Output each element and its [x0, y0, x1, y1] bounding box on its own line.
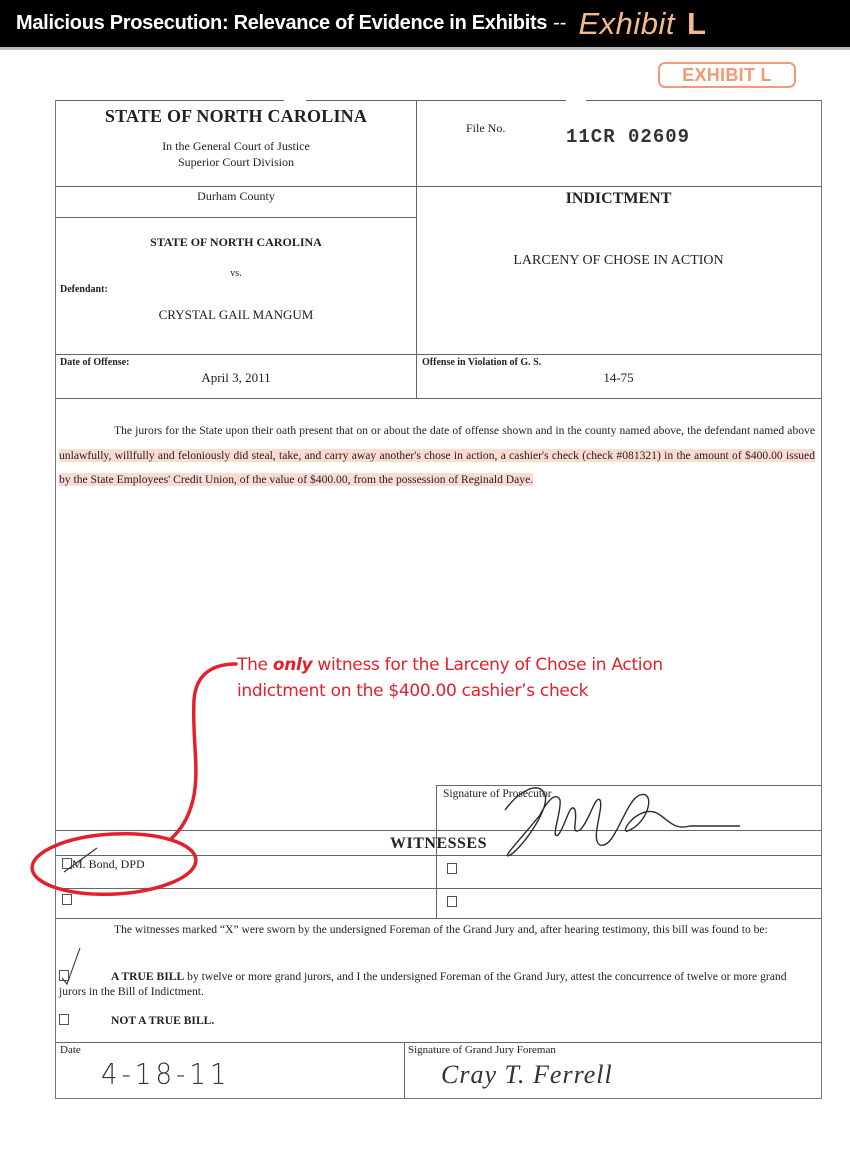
charge: LARCENY OF CHOSE IN ACTION [416, 253, 821, 269]
handwritten-date: 4-18-11 [101, 1059, 230, 1092]
indictment-body: The jurors for the State upon their oath… [56, 419, 818, 493]
not-true-bill-option[interactable]: NOT A TRUE BILL. [59, 1014, 214, 1027]
witness-entry-2[interactable] [62, 891, 72, 909]
annotation-emphasis: only [273, 655, 313, 675]
offense-date-value: April 3, 2011 [56, 370, 416, 386]
witness-checkbox[interactable] [447, 896, 457, 907]
foreman-signature: Cray T. Ferrell [441, 1060, 613, 1090]
divider [56, 186, 821, 187]
prosecutor-signature-label: Signature of Prosecutor [443, 788, 552, 800]
plaintiff: STATE OF NORTH CAROLINA [56, 235, 416, 250]
witness-entry-4[interactable] [447, 893, 457, 911]
defendant-name: CRYSTAL GAIL MANGUM [56, 307, 416, 323]
witness-name: M. Bond, DPD [72, 857, 145, 871]
witness-checkbox[interactable] [62, 894, 72, 905]
divider [56, 855, 821, 856]
banner-exhibit-label: ExhibitL [578, 6, 706, 42]
statute-value: 14-75 [416, 370, 821, 386]
date-label: Date [60, 1044, 81, 1056]
banner-separator: -- [553, 12, 566, 35]
divider [56, 100, 284, 101]
banner-exhibit-word: Exhibit [578, 6, 675, 41]
file-no-label: File No. [466, 121, 505, 136]
true-bill-label: A TRUE BILL [111, 970, 184, 983]
county: Durham County [56, 189, 416, 204]
indictment-document: STATE OF NORTH CAROLINA In the General C… [55, 100, 822, 1099]
annotation-text-pre: The [237, 655, 273, 675]
divider [56, 217, 416, 218]
defendant-label: Defendant: [60, 284, 108, 295]
versus: vs. [56, 268, 416, 279]
divider [56, 918, 821, 919]
witness-entry-3[interactable] [447, 860, 457, 878]
body-highlighted: unlawfully, willfully and feloniously di… [59, 449, 815, 487]
true-bill-option[interactable]: A TRUE BILL by twelve or more grand juro… [59, 969, 811, 999]
divider [436, 785, 821, 786]
witnesses-heading: WITNESSES [56, 835, 821, 853]
state-heading: STATE OF NORTH CAROLINA [56, 106, 416, 127]
witness-checkbox-checked[interactable] [62, 858, 72, 869]
divider [56, 354, 821, 355]
banner-exhibit-letter: L [687, 6, 706, 41]
annotation-text-post: witness for the Larceny of Chose in Acti… [312, 655, 662, 675]
true-bill-checkbox[interactable] [59, 970, 69, 981]
divider [404, 1042, 405, 1098]
divider [56, 398, 821, 399]
not-true-bill-checkbox[interactable] [59, 1014, 69, 1025]
body-intro: The jurors for the State upon their oath… [114, 424, 815, 437]
form-title: INDICTMENT [416, 190, 821, 208]
statute-label: Offense in Violation of G. S. [422, 357, 541, 368]
not-true-bill-label: NOT A TRUE BILL. [111, 1014, 214, 1027]
divider [586, 100, 821, 101]
exhibit-stamp: EXHIBIT L [658, 62, 796, 88]
banner-title: Malicious Prosecution: Relevance of Evid… [16, 12, 547, 35]
header-banner: Malicious Prosecution: Relevance of Evid… [0, 0, 850, 50]
finding-intro: The witnesses marked “X” were sworn by t… [59, 922, 811, 937]
annotation-callout: The only witness for the Larceny of Chos… [237, 652, 663, 704]
divider [306, 100, 566, 101]
court-line-1: In the General Court of Justice [56, 139, 416, 154]
witness-checkbox[interactable] [447, 863, 457, 874]
foreman-signature-label: Signature of Grand Jury Foreman [408, 1044, 556, 1056]
divider [56, 888, 821, 889]
file-number: 11CR 02609 [566, 126, 690, 148]
witness-entry-1[interactable]: M. Bond, DPD [62, 857, 145, 872]
divider [56, 830, 821, 831]
offense-date-label: Date of Offense: [60, 357, 129, 368]
court-line-2: Superior Court Division [56, 155, 416, 170]
annotation-text-line2: indictment on the $400.00 cashier’s chec… [237, 678, 663, 704]
divider [56, 1042, 821, 1043]
